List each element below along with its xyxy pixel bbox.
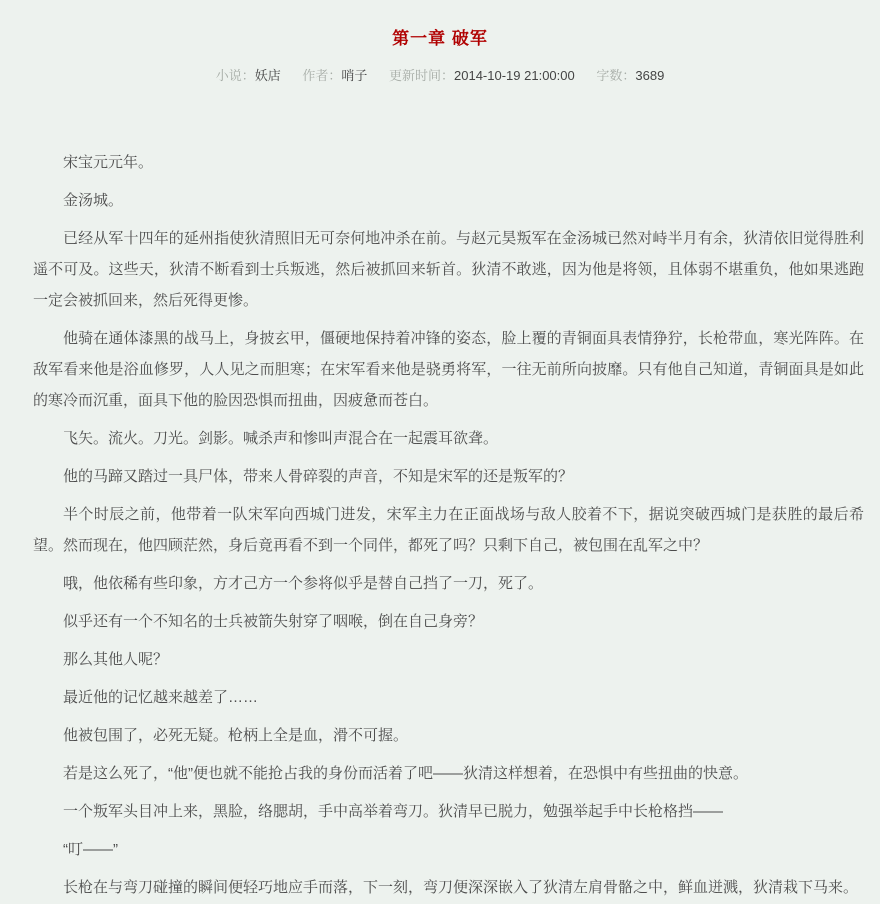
meta-author-label: 作者： — [302, 68, 341, 83]
paragraph: 那么其他人呢？ — [33, 644, 864, 675]
meta-word-count-label: 字数： — [596, 68, 635, 83]
meta-update-time: 更新时间：2014-10-19 21:00:00 — [389, 67, 575, 85]
paragraph: 长枪在与弯刀碰撞的瞬间便轻巧地应手而落，下一刻，弯刀便深深嵌入了狄清左肩骨骼之中… — [33, 872, 864, 903]
novel-reader-page: 第一章 破军 小说：妖店 作者：哨子 更新时间：2014-10-19 21:00… — [0, 0, 880, 904]
meta-novel-value: 妖店 — [255, 68, 281, 83]
chapter-content: 宋宝元元年。 金汤城。 已经从军十四年的延州指使狄清照旧无可奈何地冲杀在前。与赵… — [0, 147, 880, 903]
meta-author-value: 哨子 — [341, 68, 367, 83]
chapter-title: 第一章 破军 — [0, 0, 880, 50]
meta-author: 作者：哨子 — [302, 67, 367, 85]
paragraph: 最近他的记忆越来越差了…… — [33, 682, 864, 713]
meta-update-time-value: 2014-10-19 21:00:00 — [454, 68, 575, 83]
meta-update-time-label: 更新时间： — [389, 68, 454, 83]
paragraph: “叮——” — [33, 834, 864, 865]
paragraph: 似乎还有一个不知名的士兵被箭失射穿了咽喉，倒在自己身旁？ — [33, 606, 864, 637]
meta-novel: 小说：妖店 — [216, 67, 281, 85]
paragraph: 宋宝元元年。 — [33, 147, 864, 178]
meta-novel-label: 小说： — [216, 68, 255, 83]
paragraph: 金汤城。 — [33, 185, 864, 216]
paragraph: 他被包围了，必死无疑。枪柄上全是血，滑不可握。 — [33, 720, 864, 751]
paragraph: 他骑在通体漆黑的战马上，身披玄甲，僵硬地保持着冲锋的姿态，脸上覆的青铜面具表情狰… — [33, 323, 864, 416]
paragraph: 一个叛军头目冲上来，黑脸，络腮胡，手中高举着弯刀。狄清早已脱力，勉强举起手中长枪… — [33, 796, 864, 827]
paragraph: 若是这么死了，“他”便也就不能抢占我的身份而活着了吧——狄清这样想着，在恐惧中有… — [33, 758, 864, 789]
paragraph: 已经从军十四年的延州指使狄清照旧无可奈何地冲杀在前。与赵元昊叛军在金汤城已然对峙… — [33, 223, 864, 316]
paragraph: 哦，他依稀有些印象，方才己方一个参将似乎是替自己挡了一刀，死了。 — [33, 568, 864, 599]
chapter-meta: 小说：妖店 作者：哨子 更新时间：2014-10-19 21:00:00 字数：… — [0, 67, 880, 85]
paragraph: 他的马蹄又踏过一具尸体，带来人骨碎裂的声音，不知是宋军的还是叛军的？ — [33, 461, 864, 492]
paragraph: 飞矢。流火。刀光。剑影。喊杀声和惨叫声混合在一起震耳欲聋。 — [33, 423, 864, 454]
meta-word-count: 字数：3689 — [596, 67, 664, 85]
paragraph: 半个时辰之前，他带着一队宋军向西城门进发，宋军主力在正面战场与敌人胶着不下，据说… — [33, 499, 864, 561]
meta-word-count-value: 3689 — [635, 68, 664, 83]
